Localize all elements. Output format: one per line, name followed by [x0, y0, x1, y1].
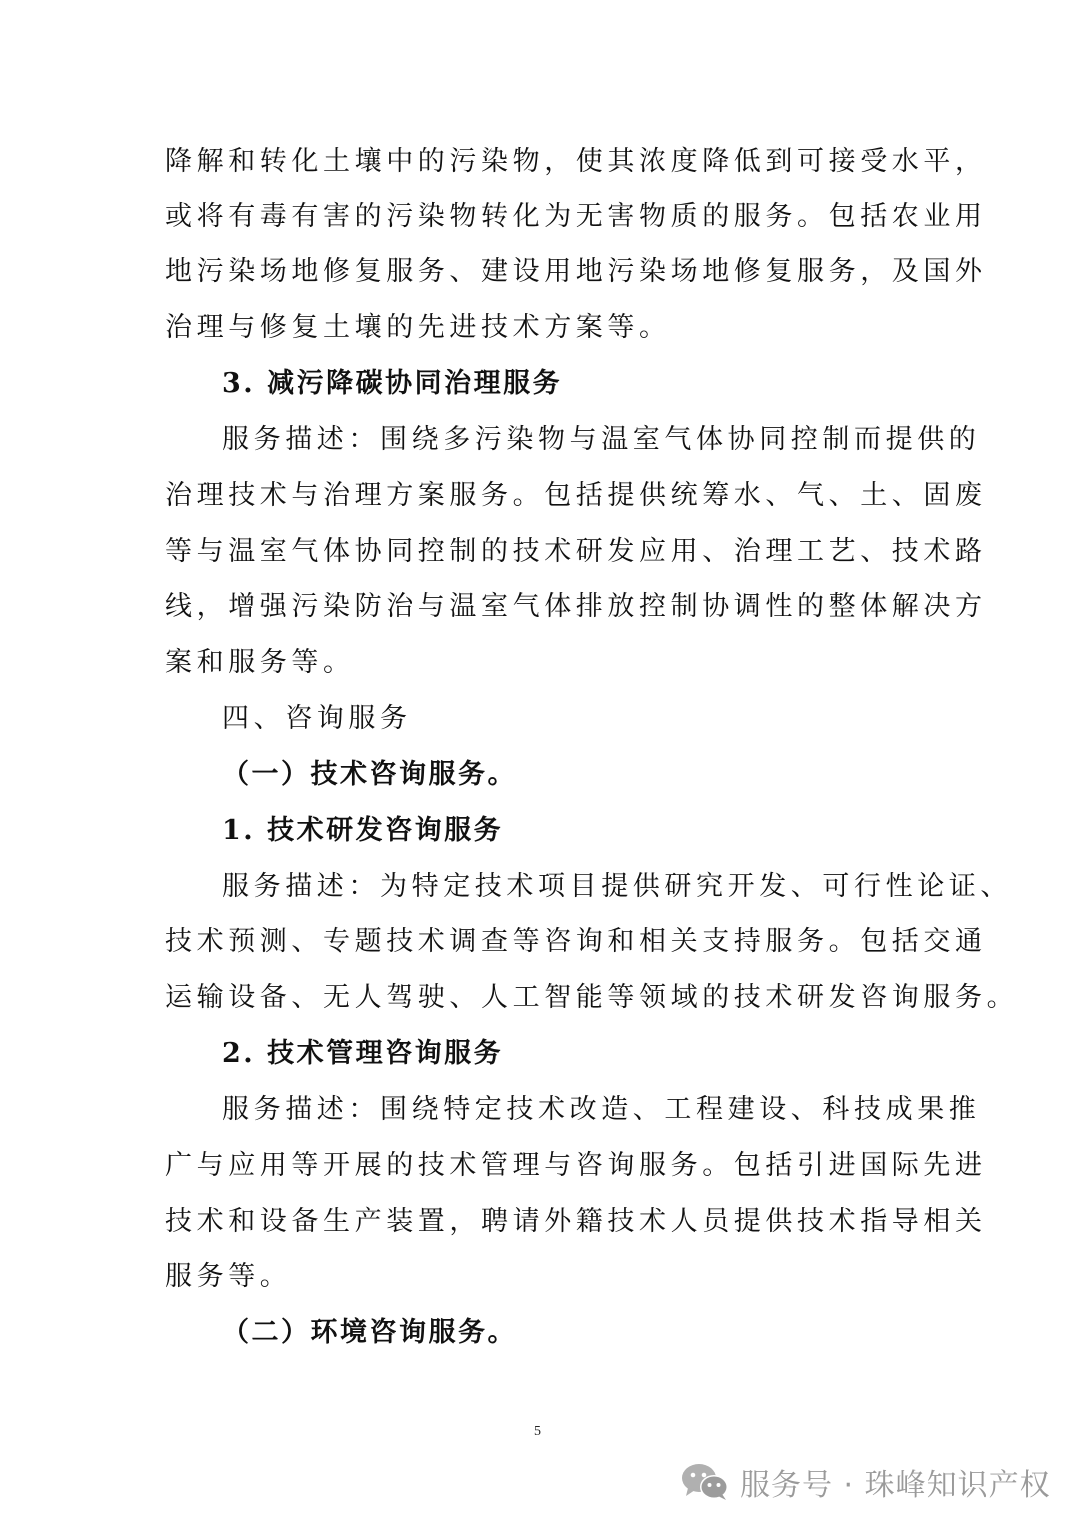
paragraph-line: 降解和转化土壤中的污染物，使其浓度降低到可接受水平，: [165, 142, 925, 182]
watermark: 服务号 · 珠峰知识产权: [680, 1462, 1051, 1502]
paragraph-line: 服务等。: [165, 1257, 925, 1297]
chapter-heading: 四、咨询服务: [222, 699, 982, 739]
paragraph-line: 案和服务等。: [165, 643, 925, 683]
paragraph-line: 技术和设备生产装置，聘请外籍技术人员提供技术指导相关: [165, 1202, 925, 1242]
paragraph-line: 广与应用等开展的技术管理与咨询服务。包括引进国际先进: [165, 1146, 925, 1186]
paragraph-line: 或将有毒有害的污染物转化为无害物质的服务。包括农业用: [165, 197, 925, 237]
paragraph-line: 等与温室气体协同控制的技术研发应用、治理工艺、技术路: [165, 532, 925, 572]
paragraph-line: 技术预测、专题技术调查等咨询和相关支持服务。包括交通: [165, 922, 925, 962]
section-heading: 3. 减污降碳协同治理服务: [222, 364, 982, 404]
document-page: 降解和转化土壤中的污染物，使其浓度降低到可接受水平， 或将有毒有害的污染物转化为…: [0, 0, 1080, 1527]
subsection-heading: （二）环境咨询服务。: [222, 1313, 982, 1353]
paragraph-line: 运输设备、无人驾驶、人工智能等领域的技术研发咨询服务。: [165, 978, 925, 1018]
wechat-icon: [680, 1462, 732, 1502]
paragraph-line: 地污染场地修复服务、建设用地污染场地修复服务，及国外: [165, 252, 925, 292]
paragraph-line: 治理与修复土壤的先进技术方案等。: [165, 308, 925, 348]
paragraph-line: 服务描述：围绕多污染物与温室气体协同控制而提供的: [222, 420, 982, 460]
item-heading: 1. 技术研发咨询服务: [222, 811, 982, 851]
paragraph-line: 线，增强污染防治与温室气体排放控制协调性的整体解决方: [165, 587, 925, 627]
page-number: 5: [534, 1424, 541, 1440]
watermark-text: 服务号 · 珠峰知识产权: [740, 1460, 1051, 1504]
paragraph-line: 服务描述：为特定技术项目提供研究开发、可行性论证、: [222, 867, 982, 907]
subsection-heading: （一）技术咨询服务。: [222, 755, 982, 795]
paragraph-line: 治理技术与治理方案服务。包括提供统筹水、气、土、固废: [165, 476, 925, 516]
item-heading: 2. 技术管理咨询服务: [222, 1034, 982, 1074]
paragraph-line: 服务描述：围绕特定技术改造、工程建设、科技成果推: [222, 1090, 982, 1130]
